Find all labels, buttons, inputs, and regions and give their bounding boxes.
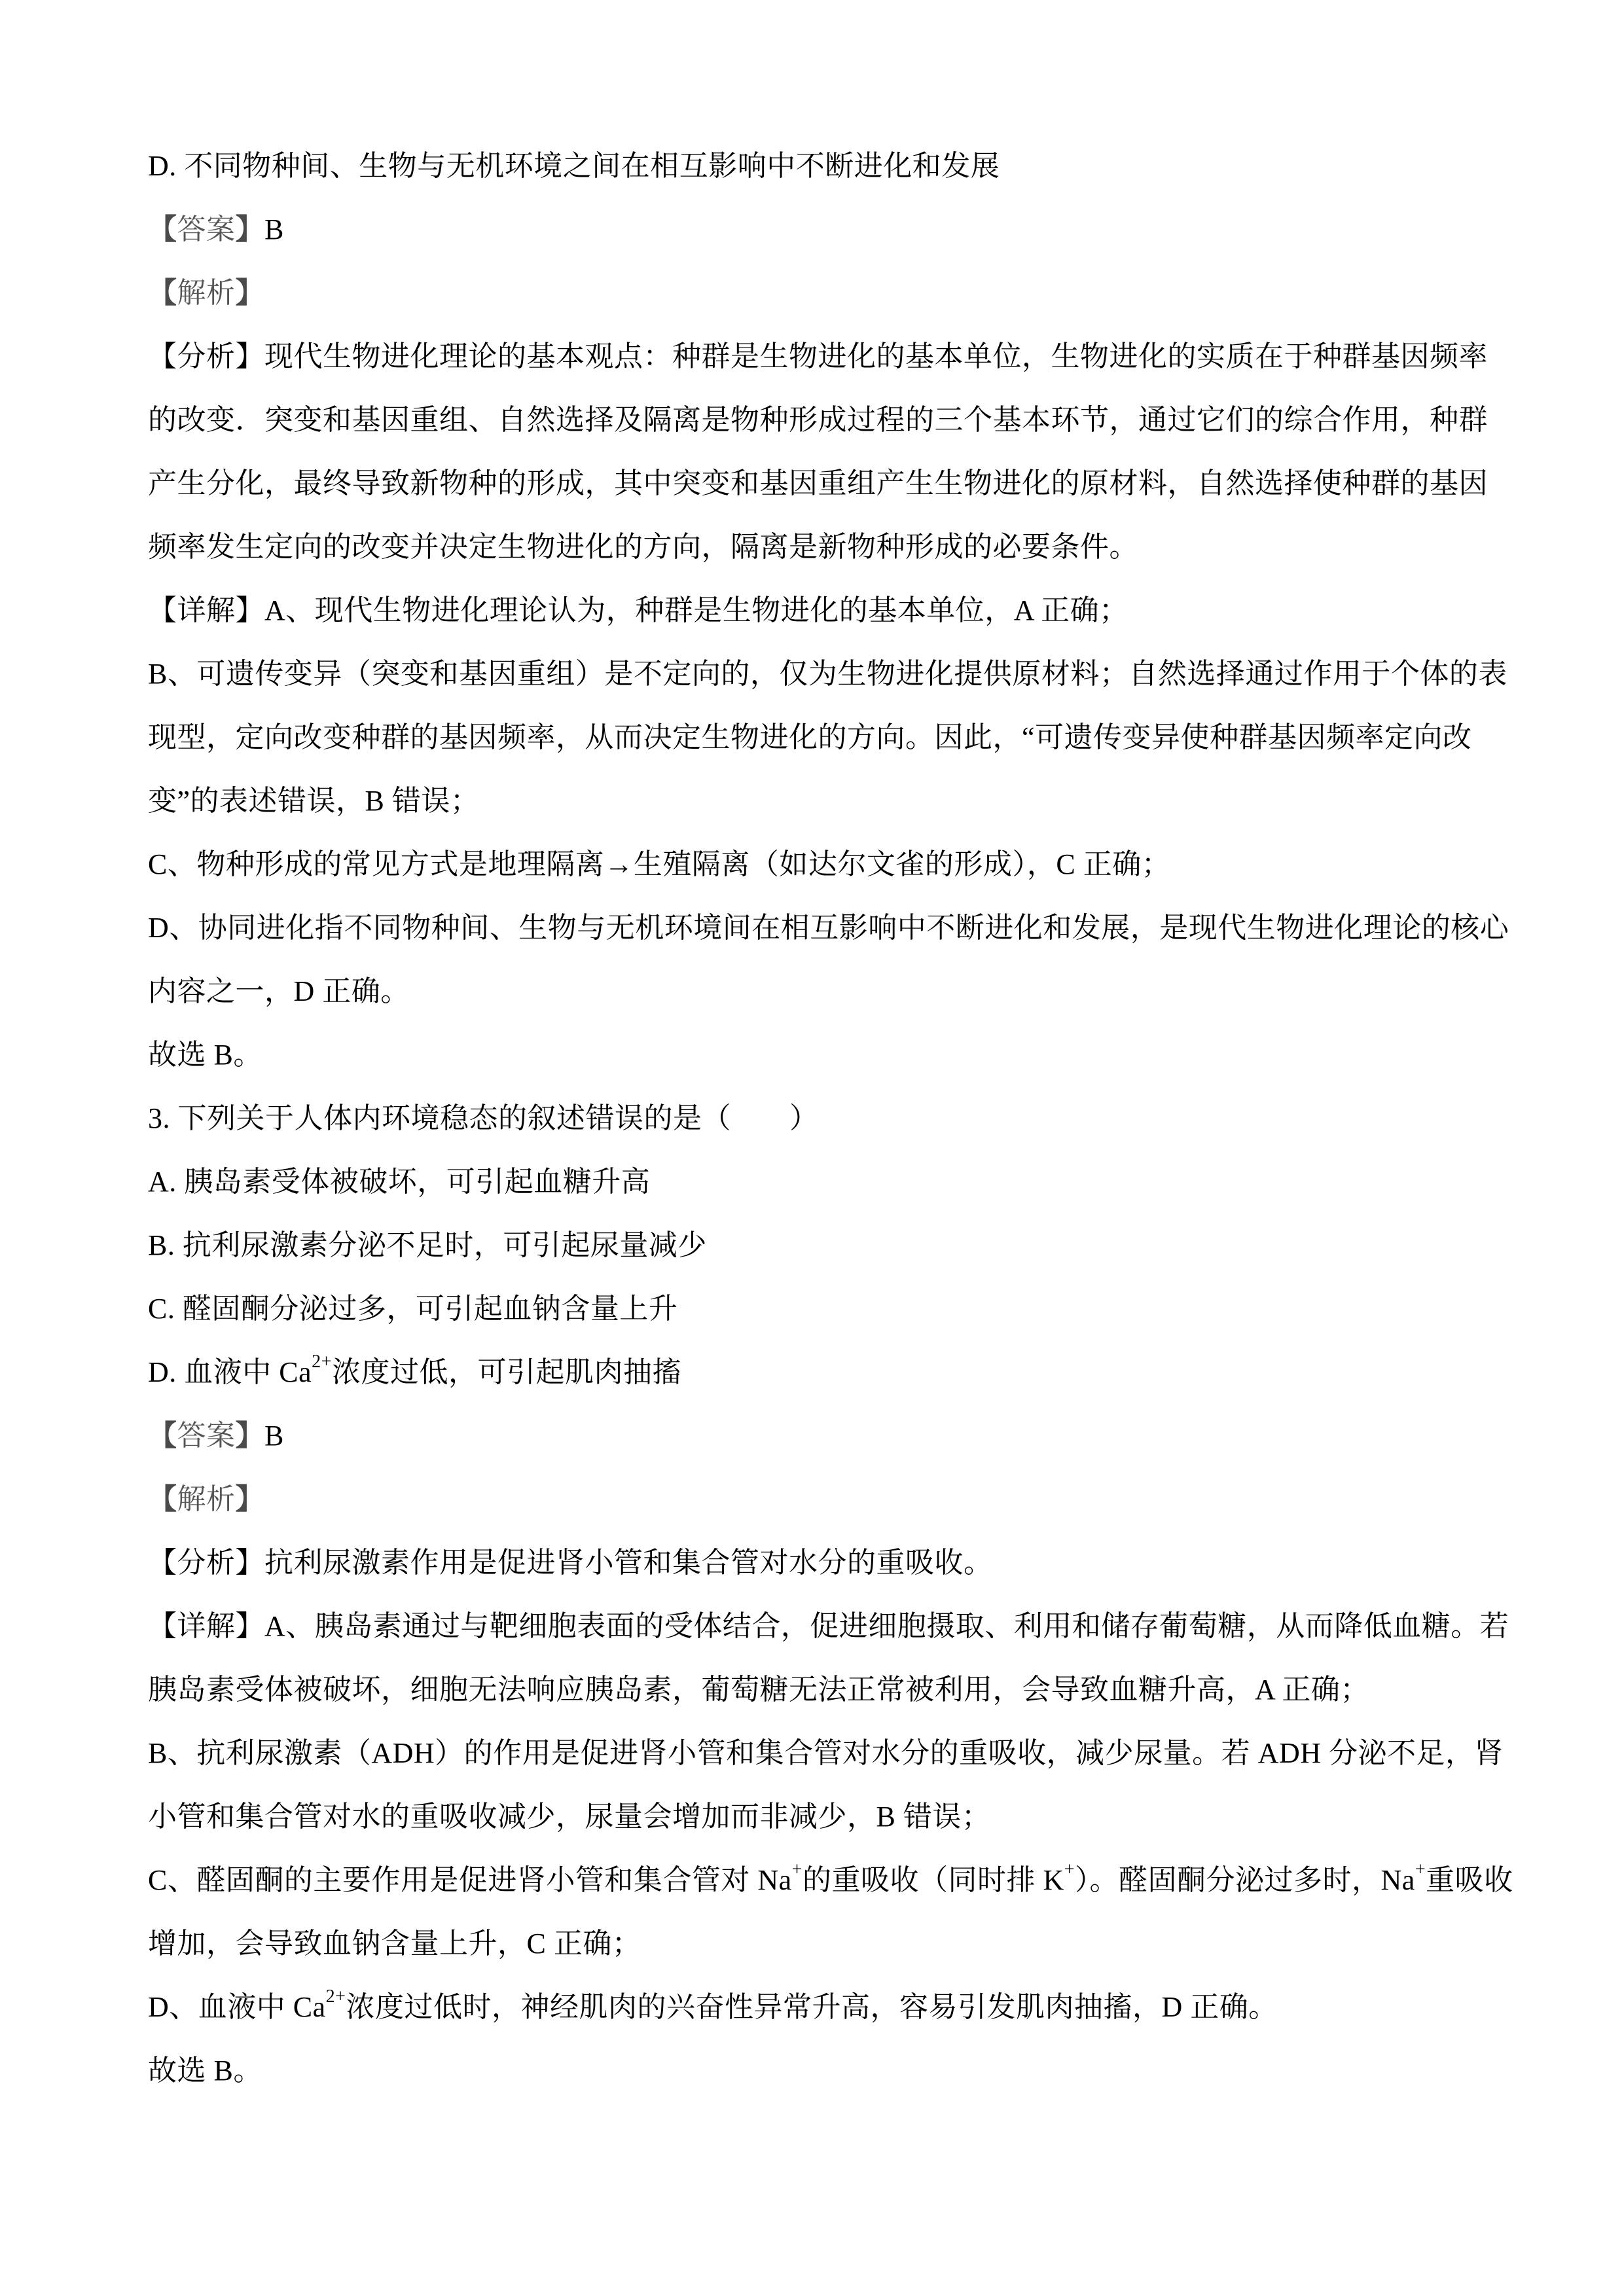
ion-charge: 2+ [326,1986,346,2007]
q2-xiangjie-line: 现型，定向改变种群的基因频率，从而决定生物进化的方向。因此，“可遗传变异使种群基… [148,706,1490,769]
xiangjie-tag: 【详解】 [148,1610,264,1642]
q2-fenxi-line: 产生分化，最终导致新物种的形成，其中突变和基因重组产生生物进化的原材料，自然选择… [148,452,1490,515]
analysis-label: 解析 [177,277,236,309]
c-text: 重吸收 [1426,1864,1513,1896]
fenxi-text: 现代生物进化理论的基本观点：种群是生物进化的基本单位，生物进化的实质在于种群基因… [264,340,1488,372]
fenxi-label: 分析 [177,1547,236,1579]
c-text: 的重吸收（同时排 K [803,1864,1064,1896]
document-page: D. 不同物种间、生物与无机环境之间在相互影响中不断进化和发展 【答案】B 【解… [148,134,1490,2102]
xiangjie-label: 详解 [177,1610,236,1642]
q3-conclusion: 故选 B。 [148,2039,1490,2102]
q2-xiangjie-line: 【详解】A、现代生物进化理论认为，种群是生物进化的基本单位，A 正确； [148,579,1490,642]
xiangjie-text: A、现代生物进化理论认为，种群是生物进化的基本单位，A 正确； [264,594,1128,626]
q2-xiangjie-line: C、物种形成的常见方式是地理隔离→生殖隔离（如达尔文雀的形成），C 正确； [148,833,1490,896]
q2-option-d: D. 不同物种间、生物与无机环境之间在相互影响中不断进化和发展 [148,134,1490,198]
xiangjie-label: 详解 [177,594,236,626]
bracket-close: 】 [236,340,265,372]
bracket-open: 【 [148,1547,177,1579]
q2-fenxi-line: 【分析】现代生物进化理论的基本观点：种群是生物进化的基本单位，生物进化的实质在于… [148,325,1490,388]
bracket-close: 】 [236,1610,265,1642]
answer-value: B [264,1420,284,1452]
bracket-close: 】 [236,1547,265,1579]
bracket-close: 】 [236,213,265,245]
q3-xiangjie-line: 小管和集合管对水的重吸收减少，尿量会增加而非减少，B 错误； [148,1785,1490,1848]
q3-xiangjie-line: 增加，会导致血钠含量上升，C 正确； [148,1912,1490,1975]
q3-xiangjie-line: B、抗利尿激素（ADH）的作用是促进肾小管和集合管对水分的重吸收，减少尿量。若 … [148,1721,1490,1785]
c-text: ）。醛固酮分泌过多时，Na [1075,1864,1415,1896]
q3-option-b: B. 抗利尿激素分泌不足时，可引起尿量减少 [148,1213,1490,1277]
answer-tag: 【答案】 [148,1420,264,1452]
q3-fenxi-line: 【分析】抗利尿激素作用是促进肾小管和集合管对水分的重吸收。 [148,1531,1490,1594]
q3-option-d: D. 血液中 Ca2+浓度过低，可引起肌肉抽搐 [148,1340,1490,1404]
q2-conclusion: 故选 B。 [148,1023,1490,1086]
ion-charge: 2+ [312,1352,332,1372]
q3-analysis-heading: 【解析】 [148,1467,1490,1531]
q3-stem: 3. 下列关于人体内环境稳态的叙述错误的是（ ） [148,1086,1490,1150]
answer-value: B [264,213,284,245]
fenxi-tag: 【分析】 [148,340,264,372]
q2-xiangjie-line: 变”的表述错误，B 错误； [148,769,1490,833]
q2-xiangjie-line: 内容之一，D 正确。 [148,960,1490,1023]
q3-option-a: A. 胰岛素受体被破坏，可引起血糖升高 [148,1150,1490,1213]
q2-fenxi-line: 频率发生定向的改变并决定生物进化的方向，隔离是新物种形成的必要条件。 [148,515,1490,579]
q3-xiangjie-line-c: C、醛固酮的主要作用是促进肾小管和集合管对 Na+的重吸收（同时排 K+）。醛固… [148,1848,1490,1912]
q3-xiangjie-line: 胰岛素受体被破坏，细胞无法响应胰岛素，葡萄糖无法正常被利用，会导致血糖升高，A … [148,1658,1490,1721]
bracket-close: 】 [236,1420,265,1452]
q2-analysis-heading: 【解析】 [148,261,1490,325]
fenxi-tag: 【分析】 [148,1547,264,1579]
bracket-close: 】 [236,1483,265,1515]
ion-charge: + [792,1859,803,1880]
c-text: C、醛固酮的主要作用是促进肾小管和集合管对 Na [148,1864,792,1896]
answer-label: 答案 [177,213,236,245]
bracket-open: 【 [148,1483,177,1515]
q2-xiangjie-line: B、可遗传变异（突变和基因重组）是不定向的，仅为生物进化提供原材料；自然选择通过… [148,642,1490,706]
q2-xiangjie-line: D、协同进化指不同物种间、生物与无机环境间在相互影响中不断进化和发展，是现代生物… [148,896,1490,960]
q2-fenxi-line: 的改变．突变和基因重组、自然选择及隔离是物种形成过程的三个基本环节，通过它们的综… [148,388,1490,452]
q3-xiangjie-line-d: D、血液中 Ca2+浓度过低时，神经肌肉的兴奋性异常升高，容易引发肌肉抽搐，D … [148,1975,1490,2039]
d-text-rest: 浓度过低时，神经肌肉的兴奋性异常升高，容易引发肌肉抽搐，D 正确。 [346,1991,1277,2023]
q2-answer: 【答案】B [148,198,1490,261]
bracket-open: 【 [148,340,177,372]
bracket-close: 】 [236,277,265,309]
option-d-text-rest: 浓度过低，可引起肌肉抽搐 [332,1356,681,1388]
q3-answer: 【答案】B [148,1404,1490,1467]
q3-option-c: C. 醛固酮分泌过多，可引起血钠含量上升 [148,1277,1490,1340]
xiangjie-text: A、胰岛素通过与靶细胞表面的受体结合，促进细胞摄取、利用和储存葡萄糖，从而降低血… [264,1610,1509,1642]
bracket-open: 【 [148,1610,177,1642]
ion-charge: + [1415,1859,1426,1880]
option-d-text: D. 血液中 Ca [148,1356,312,1388]
d-text: D、血液中 Ca [148,1991,326,2023]
bracket-close: 】 [236,594,265,626]
analysis-tag: 【解析】 [148,277,264,309]
analysis-label: 解析 [177,1483,236,1515]
bracket-open: 【 [148,1420,177,1452]
bracket-open: 【 [148,213,177,245]
fenxi-text: 抗利尿激素作用是促进肾小管和集合管对水分的重吸收。 [264,1547,993,1579]
fenxi-label: 分析 [177,340,236,372]
bracket-open: 【 [148,594,177,626]
xiangjie-tag: 【详解】 [148,594,264,626]
answer-tag: 【答案】 [148,213,264,245]
q3-xiangjie-line: 【详解】A、胰岛素通过与靶细胞表面的受体结合，促进细胞摄取、利用和储存葡萄糖，从… [148,1594,1490,1658]
bracket-open: 【 [148,277,177,309]
answer-label: 答案 [177,1420,236,1452]
analysis-tag: 【解析】 [148,1483,264,1515]
ion-charge: + [1064,1859,1075,1880]
